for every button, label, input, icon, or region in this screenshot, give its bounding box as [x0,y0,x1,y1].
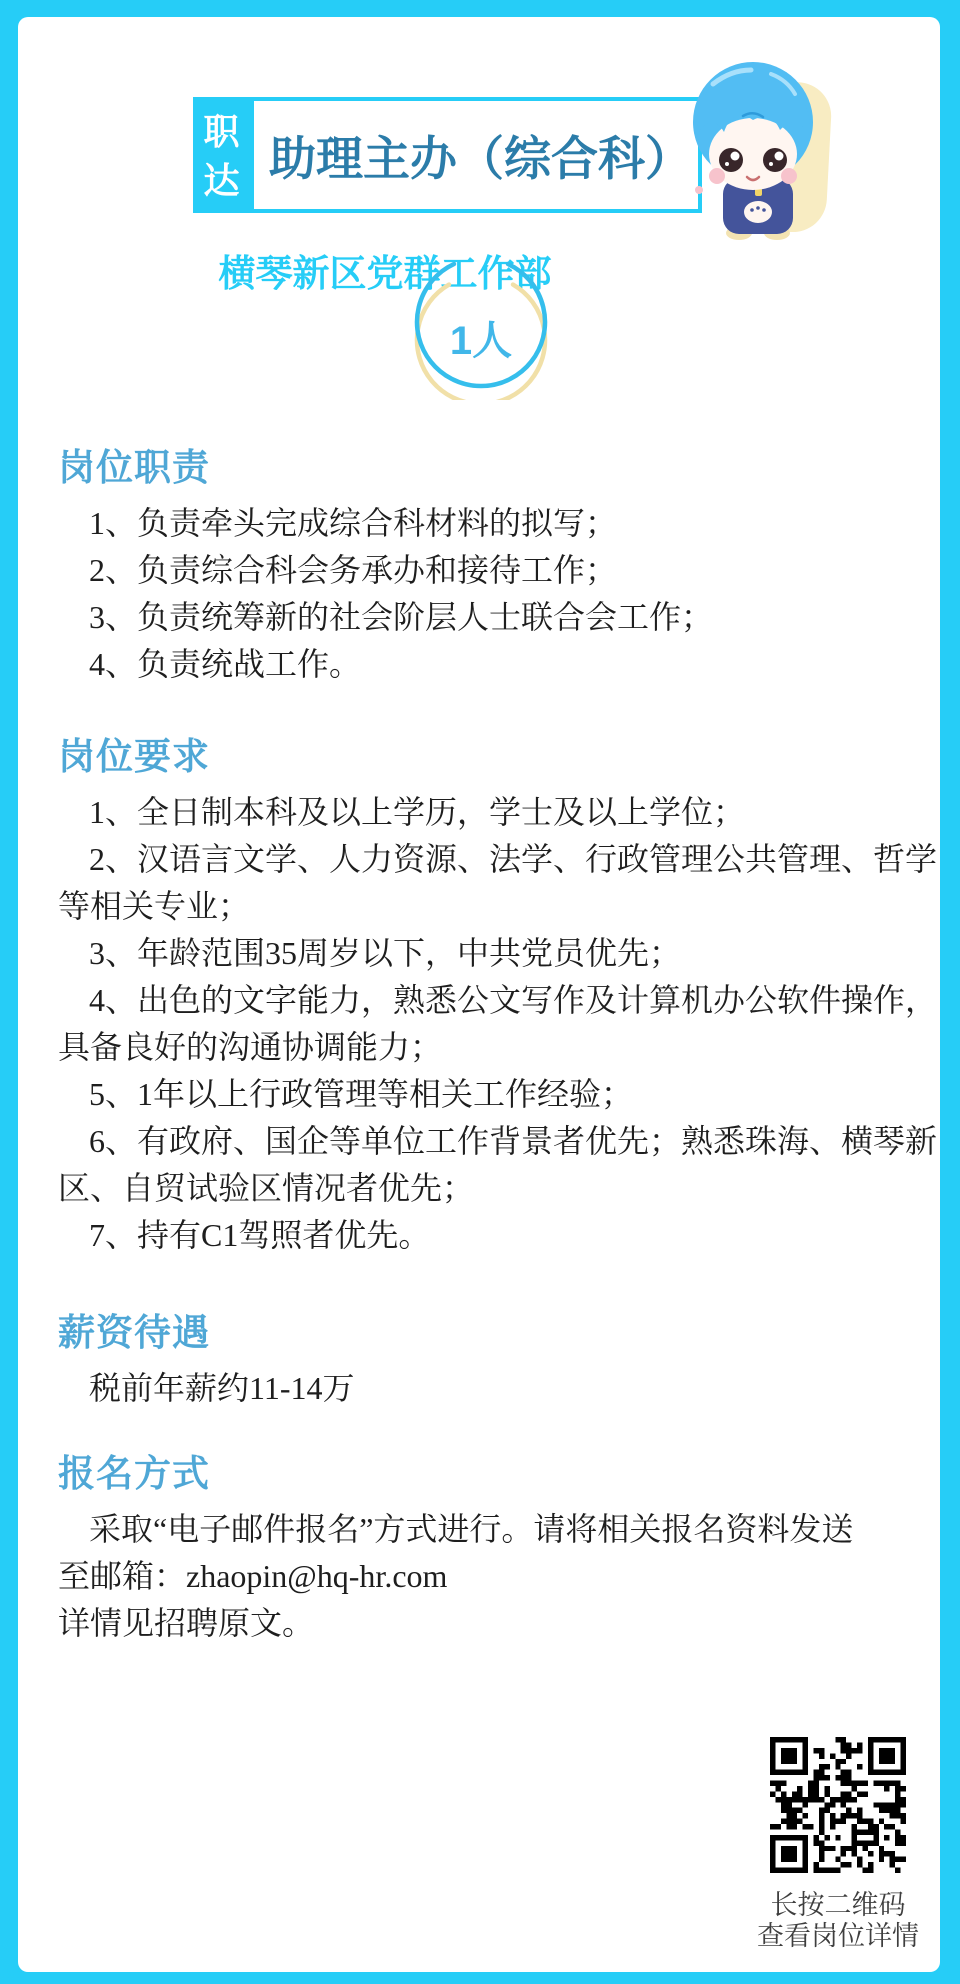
qr-code[interactable] [770,1737,906,1873]
position-title: 助理主办（综合科） [269,122,692,189]
duties-list: 1、负责牵头完成综合科材料的拟写；2、负责综合科会务承办和接待工作；3、负责统筹… [58,500,938,688]
requirement-item: 4、出色的文字能力，熟悉公文写作及计算机办公软件操作，具备良好的沟通协调能力； [58,977,938,1071]
salary-list: 税前年薪约11-14万 [58,1365,938,1412]
qr-block: 长按二维码查看岗位详情 [738,1737,938,1952]
requirement-item: 5、1年以上行政管理等相关工作经验； [58,1071,938,1118]
job-poster: 职达 助理主办（综合科） 横琴新区党群工作部 [0,0,960,1984]
requirement-item: 1、全日制本科及以上学历，学士及以上学位； [58,789,938,836]
qr-caption-line: 长按二维码 [738,1890,938,1921]
qr-caption-line: 查看岗位详情 [738,1921,938,1952]
duty-item: 4、负责统战工作。 [58,641,938,688]
position-title-box: 助理主办（综合科） [250,97,702,213]
requirement-item: 3、年龄范围35周岁以下，中共党员优先； [58,930,938,977]
requirement-item: 7、持有C1驾照者优先。 [58,1212,938,1259]
headcount-label: 1人 [450,319,512,363]
qr-caption: 长按二维码查看岗位详情 [738,1890,938,1952]
requirements-list: 1、全日制本科及以上学历，学士及以上学位；2、汉语言文学、人力资源、法学、行政管… [58,789,938,1259]
brand-tag: 职达 [193,97,250,213]
requirement-item: 6、有政府、国企等单位工作背景者优先；熟悉珠海、横琴新区、自贸试验区情况者优先； [58,1118,938,1212]
apply-lines: 采取“电子邮件报名”方式进行。请将相关报名资料发送至邮箱：zhaopin@hq-… [58,1506,938,1647]
apply-heading: 报名方式 [58,1452,938,1496]
salary-heading: 薪资待遇 [58,1311,938,1355]
duties-heading: 岗位职责 [58,446,938,490]
section-duties: 岗位职责 1、负责牵头完成综合科材料的拟写；2、负责综合科会务承办和接待工作；3… [58,446,938,688]
duty-item: 3、负责统筹新的社会阶层人士联合会工作； [58,594,938,641]
apply-line: 至邮箱：zhaopin@hq-hr.com [58,1553,938,1600]
apply-line: 采取“电子邮件报名”方式进行。请将相关报名资料发送 [58,1506,938,1553]
headcount-badge: 1人 [409,250,553,400]
requirement-item: 2、汉语言文学、人力资源、法学、行政管理公共管理、哲学等相关专业； [58,836,938,930]
duty-item: 1、负责牵头完成综合科材料的拟写； [58,500,938,547]
section-salary: 薪资待遇 税前年薪约11-14万 [58,1311,938,1412]
mascot-illustration [683,50,833,242]
section-requirements: 岗位要求 1、全日制本科及以上学历，学士及以上学位；2、汉语言文学、人力资源、法… [58,735,938,1259]
salary-item: 税前年薪约11-14万 [58,1365,938,1412]
requirements-heading: 岗位要求 [58,735,938,779]
apply-line: 详情见招聘原文。 [58,1600,938,1647]
section-apply: 报名方式 采取“电子邮件报名”方式进行。请将相关报名资料发送至邮箱：zhaopi… [58,1452,938,1647]
duty-item: 2、负责综合科会务承办和接待工作； [58,547,938,594]
department-name: 横琴新区党群工作部 [0,243,770,297]
